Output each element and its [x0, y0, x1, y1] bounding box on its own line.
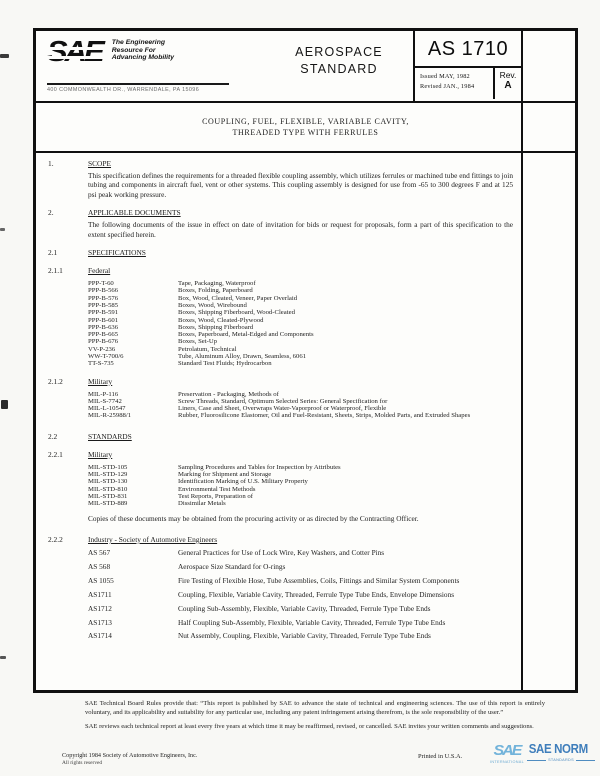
spec-code: AS1711: [88, 590, 178, 599]
spec-code: MIL-S-7742: [88, 398, 178, 405]
sae-logo-mark: SAE: [47, 37, 102, 67]
section-2-2-heading: 2.2 STANDARDS: [36, 432, 523, 441]
spec-code: AS 567: [88, 548, 178, 557]
sae-norm-mark-text: SAE: [489, 743, 525, 758]
spec-code: PPP-T-60: [88, 280, 178, 287]
section-2-heading: 2. APPLICABLE DOCUMENTS: [36, 208, 523, 217]
spec-code: MIL-P-116: [88, 391, 178, 398]
sae-norm-name: SAE NORM STANDARDS: [527, 743, 595, 764]
spec-list-row: MIL-STD-105 Sampling Procedures and Tabl…: [88, 464, 513, 471]
sae-tagline: The Engineering Resource For Advancing M…: [112, 39, 174, 62]
spec-code: MIL-STD-130: [88, 478, 178, 485]
spec-title: Liners, Case and Sheet, Overwraps Water-…: [178, 405, 513, 412]
logo-stripe: [47, 47, 111, 50]
copyright-line2: All rights reserved: [62, 760, 197, 768]
spec-title: Test Reports, Preparation of: [178, 493, 513, 500]
issued-date: Issued MAY, 1982: [420, 72, 493, 82]
scan-artifact: [0, 228, 5, 231]
section-number: 2.2: [36, 432, 88, 441]
spec-list-row: WW-T-700/6 Tube, Aluminum Alloy, Drawn, …: [88, 353, 513, 360]
document-number: AS 1710: [415, 31, 521, 68]
industry-standards-list: AS 567 General Practices for Use of Lock…: [88, 548, 523, 641]
spec-list-row: AS1713 Half Coupling Sub-Assembly, Flexi…: [88, 618, 513, 627]
document-body: 1. SCOPE This specification defines the …: [36, 153, 523, 690]
spec-code: PPP-B-636: [88, 324, 178, 331]
section-number: 2.1.1: [36, 266, 88, 275]
sae-logo-text: SAE: [47, 38, 102, 66]
federal-spec-list: PPP-T-60 Tape, Packaging, Waterproof PPP…: [88, 280, 523, 368]
footer-notice: SAE Technical Board Rules provide that: …: [85, 699, 545, 731]
section-2-1-1-heading: 2.1.1 Federal: [36, 266, 523, 275]
sae-address: 400 COMMONWEALTH DR., WARRENDALE, PA 150…: [47, 87, 199, 93]
section-heading: SCOPE: [88, 159, 111, 168]
spec-list-row: PPP-B-636 Boxes, Shipping Fiberboard: [88, 324, 513, 331]
section-number: 2.1.2: [36, 377, 88, 386]
spec-code: AS1713: [88, 618, 178, 627]
spec-list-row: PPP-B-676 Boxes, Set-Up: [88, 338, 513, 345]
revision-value: A: [495, 80, 521, 91]
printed-in-usa: Printed in U.S.A.: [418, 753, 462, 760]
spec-code: VV-P-236: [88, 346, 178, 353]
spec-code: PPP-B-591: [88, 309, 178, 316]
header: SAE The Engineering Resource For Advanci…: [36, 31, 575, 103]
document-type-line2: STANDARD: [264, 61, 414, 78]
sae-norm-international-label: INTERNATIONAL: [489, 760, 525, 764]
spec-title: Rubber, Fluorosilicone Elastomer, Oil an…: [178, 412, 513, 419]
spec-code: WW-T-700/6: [88, 353, 178, 360]
section-number: 2.1: [36, 248, 88, 257]
issue-dates: Issued MAY, 1982 Revised JAN., 1984: [415, 68, 493, 99]
spec-list-row: VV-P-236 Petrolatum, Technical: [88, 346, 513, 353]
section-number: 2.2.1: [36, 450, 88, 459]
section-heading: APPLICABLE DOCUMENTS: [88, 208, 181, 217]
spec-code: PPP-B-585: [88, 302, 178, 309]
spec-title: Boxes, Folding, Paperboard: [178, 287, 513, 294]
spec-title: Standard Test Fluids; Hydrocarbon: [178, 360, 513, 367]
document-title: COUPLING, FUEL, FLEXIBLE, VARIABLE CAVIT…: [36, 101, 575, 153]
spec-title: Petrolatum, Technical: [178, 346, 513, 353]
scan-artifact: [1, 400, 8, 409]
spec-list-row: MIL-L-10547 Liners, Case and Sheet, Over…: [88, 405, 513, 412]
spec-title: Nut Assembly, Coupling, Flexible, Variab…: [178, 631, 513, 640]
title-line1: COUPLING, FUEL, FLEXIBLE, VARIABLE CAVIT…: [36, 116, 575, 127]
review-policy-text: SAE reviews each technical report at lea…: [85, 722, 545, 731]
spec-title: Environmental Test Methods: [178, 486, 513, 493]
copies-paragraph: Copies of these documents may be obtaine…: [88, 514, 523, 523]
section-2-2-2-heading: 2.2.2 Industry - Society of Automotive E…: [36, 535, 523, 544]
spec-code: AS 568: [88, 562, 178, 571]
spec-code: MIL-R-25988/1: [88, 412, 178, 419]
spec-code: PPP-B-566: [88, 287, 178, 294]
spec-code: MIL-STD-831: [88, 493, 178, 500]
spec-title: Tube, Aluminum Alloy, Drawn, Seamless, 6…: [178, 353, 513, 360]
spec-list-row: AS 1055 Fire Testing of Flexible Hose, T…: [88, 576, 513, 585]
spec-list-row: AS1712 Coupling Sub-Assembly, Flexible, …: [88, 604, 513, 613]
title-line2: THREADED TYPE WITH FERRULES: [36, 127, 575, 138]
spec-list-row: PPP-B-585 Boxes, Wood, Wirebound: [88, 302, 513, 309]
spec-title: Dissimilar Metals: [178, 500, 513, 507]
spec-title: Boxes, Set-Up: [178, 338, 513, 345]
spec-title: Boxes, Shipping Fiberboard, Wood-Cleated: [178, 309, 513, 316]
section-number: 2.2.2: [36, 535, 88, 544]
spec-code: PPP-B-676: [88, 338, 178, 345]
applicable-documents-paragraph: The following documents of the issue in …: [88, 220, 523, 239]
section-heading: Military: [88, 450, 112, 459]
revised-date: Revised JAN., 1984: [420, 82, 493, 92]
sae-norm-logo: SAE INTERNATIONAL SAE NORM STANDARDS: [489, 743, 595, 764]
spec-code: AS1714: [88, 631, 178, 640]
spec-list-row: PPP-B-576 Box, Wood, Cleated, Veneer, Pa…: [88, 295, 513, 302]
scanned-document-page: SAE The Engineering Resource For Advanci…: [0, 0, 600, 776]
section-heading: SPECIFICATIONS: [88, 248, 146, 257]
spec-list-row: AS 567 General Practices for Use of Lock…: [88, 548, 513, 557]
section-2-1-heading: 2.1 SPECIFICATIONS: [36, 248, 523, 257]
rule-right: [576, 760, 595, 761]
spec-code: MIL-STD-889: [88, 500, 178, 507]
copyright-line1: Copyright 1984 Society of Automotive Eng…: [62, 752, 197, 760]
spec-title: Coupling Sub-Assembly, Flexible, Variabl…: [178, 604, 513, 613]
spec-title: Sampling Procedures and Tables for Inspe…: [178, 464, 513, 471]
spec-list-row: MIL-STD-831 Test Reports, Preparation of: [88, 493, 513, 500]
document-number-box: AS 1710 Issued MAY, 1982 Revised JAN., 1…: [413, 31, 523, 101]
spec-list-row: MIL-STD-129 Marking for Shipment and Sto…: [88, 471, 513, 478]
document-type-line1: AEROSPACE: [264, 44, 414, 61]
spec-title: Boxes, Shipping Fiberboard: [178, 324, 513, 331]
spec-title: Preservation - Packaging, Methods of: [178, 391, 513, 398]
revision-box: Rev. A: [493, 68, 521, 99]
section-2-1-2-heading: 2.1.2 Military: [36, 377, 523, 386]
spec-list-row: MIL-P-116 Preservation - Packaging, Meth…: [88, 391, 513, 398]
copyright: Copyright 1984 Society of Automotive Eng…: [62, 752, 197, 767]
spec-code: TT-S-735: [88, 360, 178, 367]
spec-title: Identification Marking of U.S. Military …: [178, 478, 513, 485]
spec-title: Half Coupling Sub-Assembly, Flexible, Va…: [178, 618, 513, 627]
spec-title: Box, Wood, Cleated, Veneer, Paper Overla…: [178, 295, 513, 302]
spec-code: PPP-B-665: [88, 331, 178, 338]
spec-title: Boxes, Paperboard, Metal-Edged and Compo…: [178, 331, 513, 338]
spec-code: MIL-STD-810: [88, 486, 178, 493]
section-2-2-1-heading: 2.2.1 Military: [36, 450, 523, 459]
sae-norm-mark: SAE INTERNATIONAL: [489, 743, 525, 764]
spec-list-row: AS1714 Nut Assembly, Coupling, Flexible,…: [88, 631, 513, 640]
spec-list-row: PPP-B-601 Boxes, Wood, Cleated-Plywood: [88, 317, 513, 324]
scope-paragraph: This specification defines the requireme…: [88, 171, 523, 199]
spec-title: Marking for Shipment and Storage: [178, 471, 513, 478]
spec-list-row: MIL-R-25988/1 Rubber, Fluorosilicone Ela…: [88, 412, 513, 419]
issue-revision-row: Issued MAY, 1982 Revised JAN., 1984 Rev.…: [415, 68, 521, 99]
section-1-heading: 1. SCOPE: [36, 159, 523, 168]
spec-list-row: MIL-STD-810 Environmental Test Methods: [88, 486, 513, 493]
rule-left: [527, 760, 546, 761]
spec-list-row: PPP-B-566 Boxes, Folding, Paperboard: [88, 287, 513, 294]
technical-board-rules-text: SAE Technical Board Rules provide that: …: [85, 699, 545, 717]
spec-code: AS1712: [88, 604, 178, 613]
sae-norm-standards-label: STANDARDS: [527, 758, 595, 762]
spec-list-row: MIL-S-7742 Screw Threads, Standard, Opti…: [88, 398, 513, 405]
spec-title: Fire Testing of Flexible Hose, Tube Asse…: [178, 576, 513, 585]
spec-code: MIL-L-10547: [88, 405, 178, 412]
section-heading: Federal: [88, 266, 110, 275]
spec-list-row: AS1711 Coupling, Flexible, Variable Cavi…: [88, 590, 513, 599]
spec-title: Tape, Packaging, Waterproof: [178, 280, 513, 287]
section-number: 2.: [36, 208, 88, 217]
spec-title: Screw Threads, Standard, Optimum Selecte…: [178, 398, 513, 405]
spec-list-row: MIL-STD-130 Identification Marking of U.…: [88, 478, 513, 485]
spec-title: Boxes, Wood, Cleated-Plywood: [178, 317, 513, 324]
spec-code: PPP-B-576: [88, 295, 178, 302]
section-number: 1.: [36, 159, 88, 168]
military-standards-list: MIL-STD-105 Sampling Procedures and Tabl…: [88, 464, 523, 508]
spec-title: Coupling, Flexible, Variable Cavity, Thr…: [178, 590, 513, 599]
military-spec-list: MIL-P-116 Preservation - Packaging, Meth…: [88, 391, 523, 420]
section-heading: Industry - Society of Automotive Enginee…: [88, 535, 217, 544]
spec-list-row: PPP-T-60 Tape, Packaging, Waterproof: [88, 280, 513, 287]
scan-artifact: [0, 54, 9, 58]
spec-list-row: TT-S-735 Standard Test Fluids; Hydrocarb…: [88, 360, 513, 367]
logo-stripe: [47, 56, 111, 59]
document-type: AEROSPACE STANDARD: [264, 44, 414, 78]
logo-rule: [47, 83, 229, 85]
spec-title: Boxes, Wood, Wirebound: [178, 302, 513, 309]
document-frame: SAE The Engineering Resource For Advanci…: [33, 28, 578, 693]
spec-code: PPP-B-601: [88, 317, 178, 324]
spec-code: MIL-STD-105: [88, 464, 178, 471]
scan-artifact: [0, 656, 6, 659]
spec-list-row: PPP-B-591 Boxes, Shipping Fiberboard, Wo…: [88, 309, 513, 316]
spec-title: Aerospace Size Standard for O-rings: [178, 562, 513, 571]
spec-title: General Practices for Use of Lock Wire, …: [178, 548, 513, 557]
revision-label: Rev.: [495, 70, 521, 80]
spec-list-row: MIL-STD-889 Dissimilar Metals: [88, 500, 513, 507]
section-heading: STANDARDS: [88, 432, 132, 441]
sae-norm-name-text: SAE NORM: [527, 743, 590, 756]
section-heading: Military: [88, 377, 112, 386]
spec-list-row: AS 568 Aerospace Size Standard for O-rin…: [88, 562, 513, 571]
spec-code: MIL-STD-129: [88, 471, 178, 478]
spec-list-row: PPP-B-665 Boxes, Paperboard, Metal-Edged…: [88, 331, 513, 338]
spec-code: AS 1055: [88, 576, 178, 585]
